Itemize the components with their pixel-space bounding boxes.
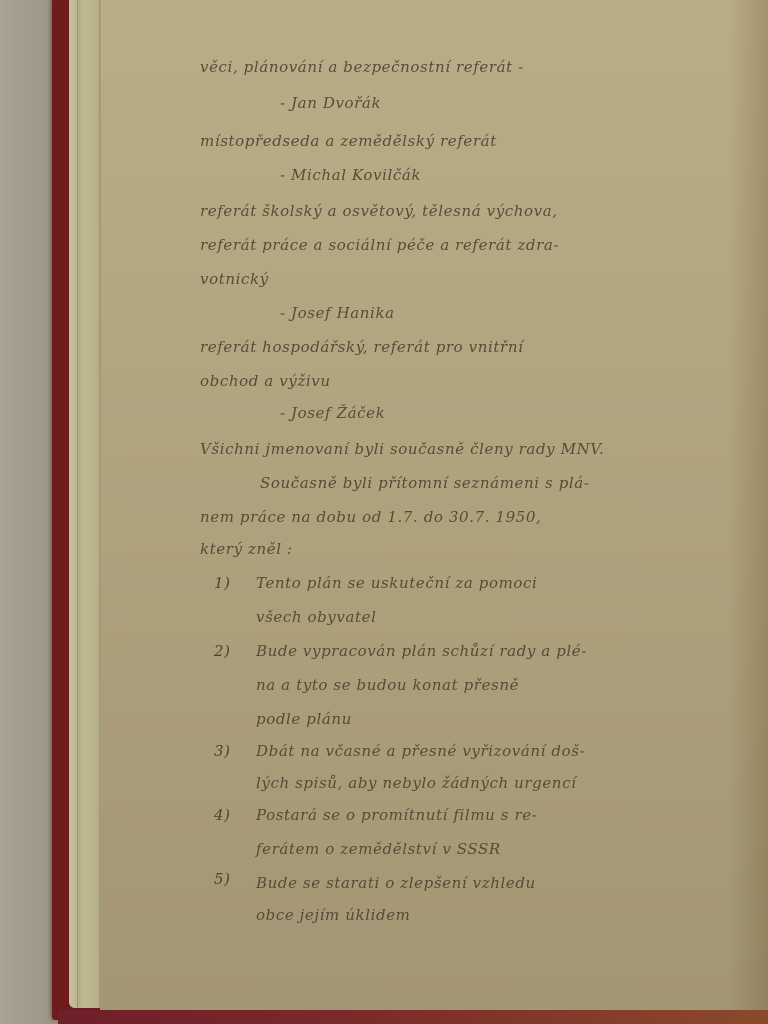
item-number: 1) [214,574,231,592]
text-line: který zněl : [200,540,293,558]
item-number: 3) [214,742,231,760]
item-number: 5) [214,870,231,888]
name-line: - Michal Kovilčák [280,166,421,184]
book-cover-bottom-edge [58,1010,768,1024]
item-line: na a tyto se budou konat přesně [256,676,519,694]
text-line: referát školský a osvětový, tělesná vých… [200,202,558,220]
item-line: Bude se starati o zlepšení vzhledu [256,874,536,892]
text-line: místopředseda a zemědělský referát [200,132,497,150]
name-line: - Jan Dvořák [280,94,381,112]
handwritten-page [101,0,768,1010]
item-line: všech obyvatel [256,608,377,626]
text-line: referát hospodářský, referát pro vnitřní [200,338,523,356]
text-line: Současně byli přítomní seznámeni s plá- [260,474,590,492]
item-number: 4) [214,806,231,824]
item-line: lých spisů, aby nebylo žádných urgencí [256,774,576,792]
item-line: ferátem o zemědělství v SSSR [256,840,501,858]
item-line: Postará se o promítnutí filmu s re- [256,806,537,824]
name-line: - Josef Žáček [280,404,385,422]
item-number: 2) [214,642,231,660]
page-edge-line [99,0,100,1008]
page-edge-line [77,0,78,1008]
item-line: Tento plán se uskuteční za pomoci [256,574,537,592]
text-line: věci, plánování a bezpečnostní referát - [200,58,524,76]
item-line: Dbát na včasné a přesné vyřizování doš- [256,742,585,760]
text-line: referát práce a sociální péče a referát … [200,236,559,254]
text-line: nem práce na dobu od 1.7. do 30.7. 1950, [200,508,541,526]
item-line: podle plánu [256,710,352,728]
text-line: obchod a výživu [200,372,331,390]
text-line: Všichni jmenovaní byli současně členy ra… [200,440,604,458]
item-line: obce jejím úklidem [256,906,411,924]
text-line: votnický [200,270,269,288]
item-line: Bude vypracován plán schůzí rady a plé- [256,642,587,660]
photo-scene: věci, plánování a bezpečnostní referát -… [0,0,768,1024]
name-line: - Josef Hanika [280,304,395,322]
